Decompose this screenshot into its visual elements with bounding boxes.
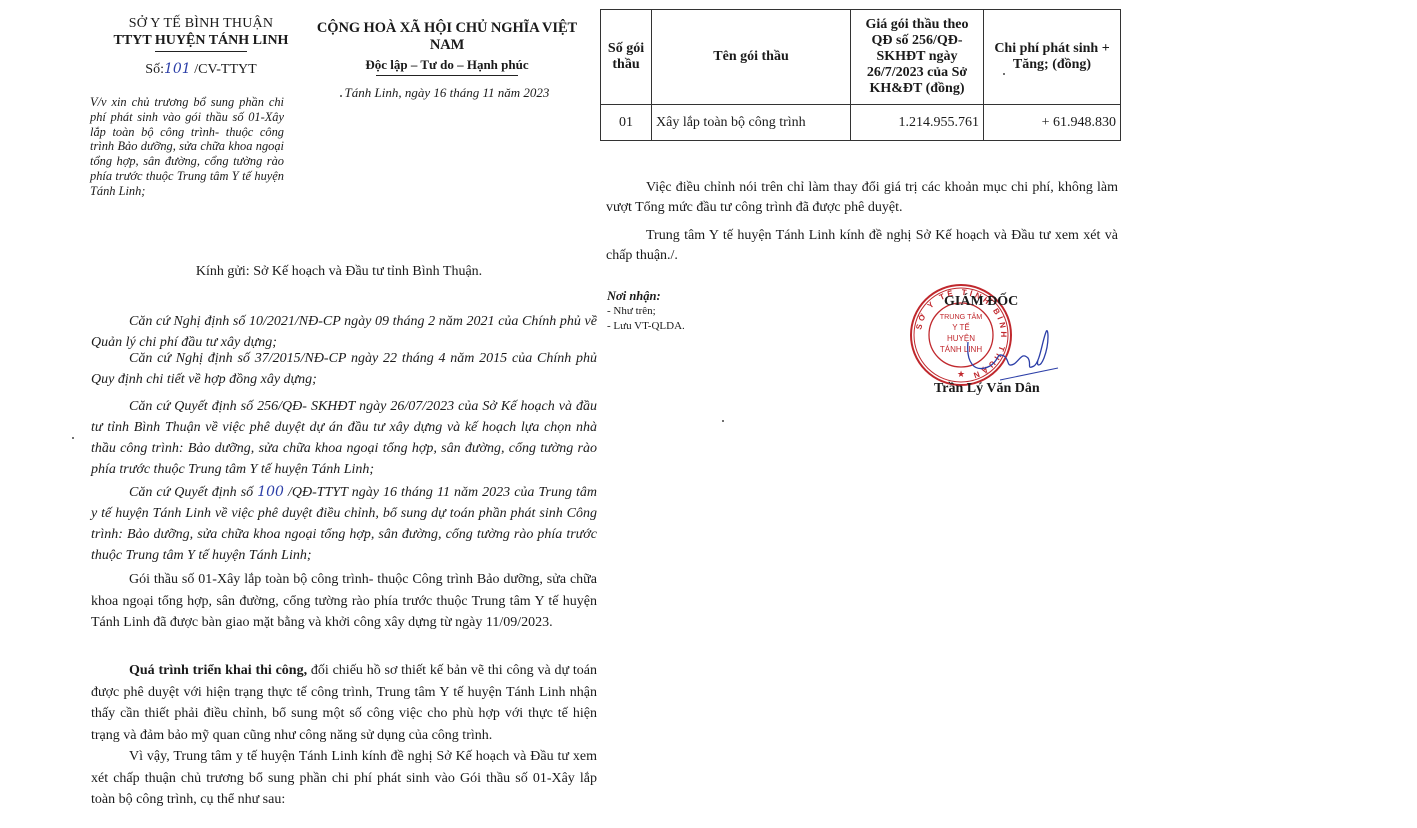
header-package-name: Tên gói thầu [652,10,851,105]
cost-table: Số gói thầu Tên gói thầu Giá gói thầu th… [600,9,1121,141]
signer-name: Trần Lý Văn Dân [934,381,1040,397]
national-motto: Độc lập – Tư do – Hạnh phúc [302,57,592,73]
receivers-block: Nơi nhận: - Như trên; - Lưu VT-QLDA. [607,289,807,334]
cell-additional-cost: + 61.948.830 [984,105,1121,141]
legal-basis-1: Căn cứ Nghị định số 10/2021/NĐ-CP ngày 0… [91,311,597,353]
header-additional-cost: Chi phí phát sinh + Tăng; (đồng) [984,10,1121,105]
document-number: Số:101 /CV-TTYT [82,61,320,78]
closing-paragraph-1: Việc điều chỉnh nói trên chỉ làm thay đổ… [606,178,1118,218]
receiver-item: - Lưu VT-QLDA. [607,319,807,334]
org-underline [155,51,247,52]
organization-header: SỞ Y TẾ BÌNH THUẬN TTYT HUYỆN TÁNH LINH … [82,16,320,78]
receivers-title: Nơi nhận: [607,289,807,304]
svg-text:TRUNG TÂM: TRUNG TÂM [940,312,983,321]
header-package-number: Số gói thầu [601,10,652,105]
document-subject: V/v xin chủ trương bổ sung phần chi phí … [90,95,284,199]
handwritten-signature-icon [960,322,1060,382]
legal-basis-4: Căn cứ Quyết định số 100 /QĐ-TTYT ngày 1… [91,482,597,566]
closing-paragraph-2: Trung tâm Y tế huyện Tánh Linh kính đề n… [606,226,1118,266]
signer-title: GIÁM ĐỐC [944,294,1018,310]
place-and-date: Tánh Linh, ngày 16 tháng 11 năm 2023 [302,85,592,101]
organization-name: TTYT HUYỆN TÁNH LINH [82,33,320,49]
cell-package-price: 1.214.955.761 [851,105,984,141]
scan-speck [72,437,74,439]
body-paragraph-2: Quá trình triển khai thi công, đối chiếu… [91,660,597,746]
doc-number-prefix: Số: [145,62,164,77]
signature-block: SỞ Y TẾ TỈNH BÌNH THUẬN TRUNG TÂM Y TẾ H… [900,282,1090,402]
cell-package-number: 01 [601,105,652,141]
nation-title: CỘNG HOÀ XÃ HỘI CHỦ NGHĨA VIỆT NAM [302,20,592,54]
receiver-item: - Như trên; [607,304,807,319]
body-paragraph-3: Vì vậy, Trung tâm y tế huyện Tánh Linh k… [91,746,597,811]
body-paragraph-1: Gói thầu số 01-Xây lắp toàn bộ công trìn… [91,569,597,634]
national-header: CỘNG HOÀ XÃ HỘI CHỦ NGHĨA VIỆT NAM Độc l… [302,20,592,101]
decision-number-handwritten: 100 [257,484,284,500]
recipient-line: Kính gửi: Sở Kế hoạch và Đầu tư tỉnh Bìn… [90,264,588,280]
scan-speck [722,420,724,422]
doc-number-suffix: /CV-TTYT [194,62,256,77]
motto-underline [376,75,518,76]
legal-basis-3: Căn cứ Quyết định số 256/QĐ- SKHĐT ngày … [91,396,597,480]
table-row: 01 Xây lắp toàn bộ công trình 1.214.955.… [601,105,1121,141]
cell-package-name: Xây lắp toàn bộ công trình [652,105,851,141]
parent-organization: SỞ Y TẾ BÌNH THUẬN [82,16,320,32]
legal-basis-2: Căn cứ Nghị định số 37/2015/NĐ-CP ngày 2… [91,348,597,390]
scan-speck [340,95,342,97]
header-package-price: Giá gói thầu theo QĐ số 256/QĐ-SKHĐT ngà… [851,10,984,105]
doc-number-handwritten: 101 [164,61,191,77]
table-header-row: Số gói thầu Tên gói thầu Giá gói thầu th… [601,10,1121,105]
